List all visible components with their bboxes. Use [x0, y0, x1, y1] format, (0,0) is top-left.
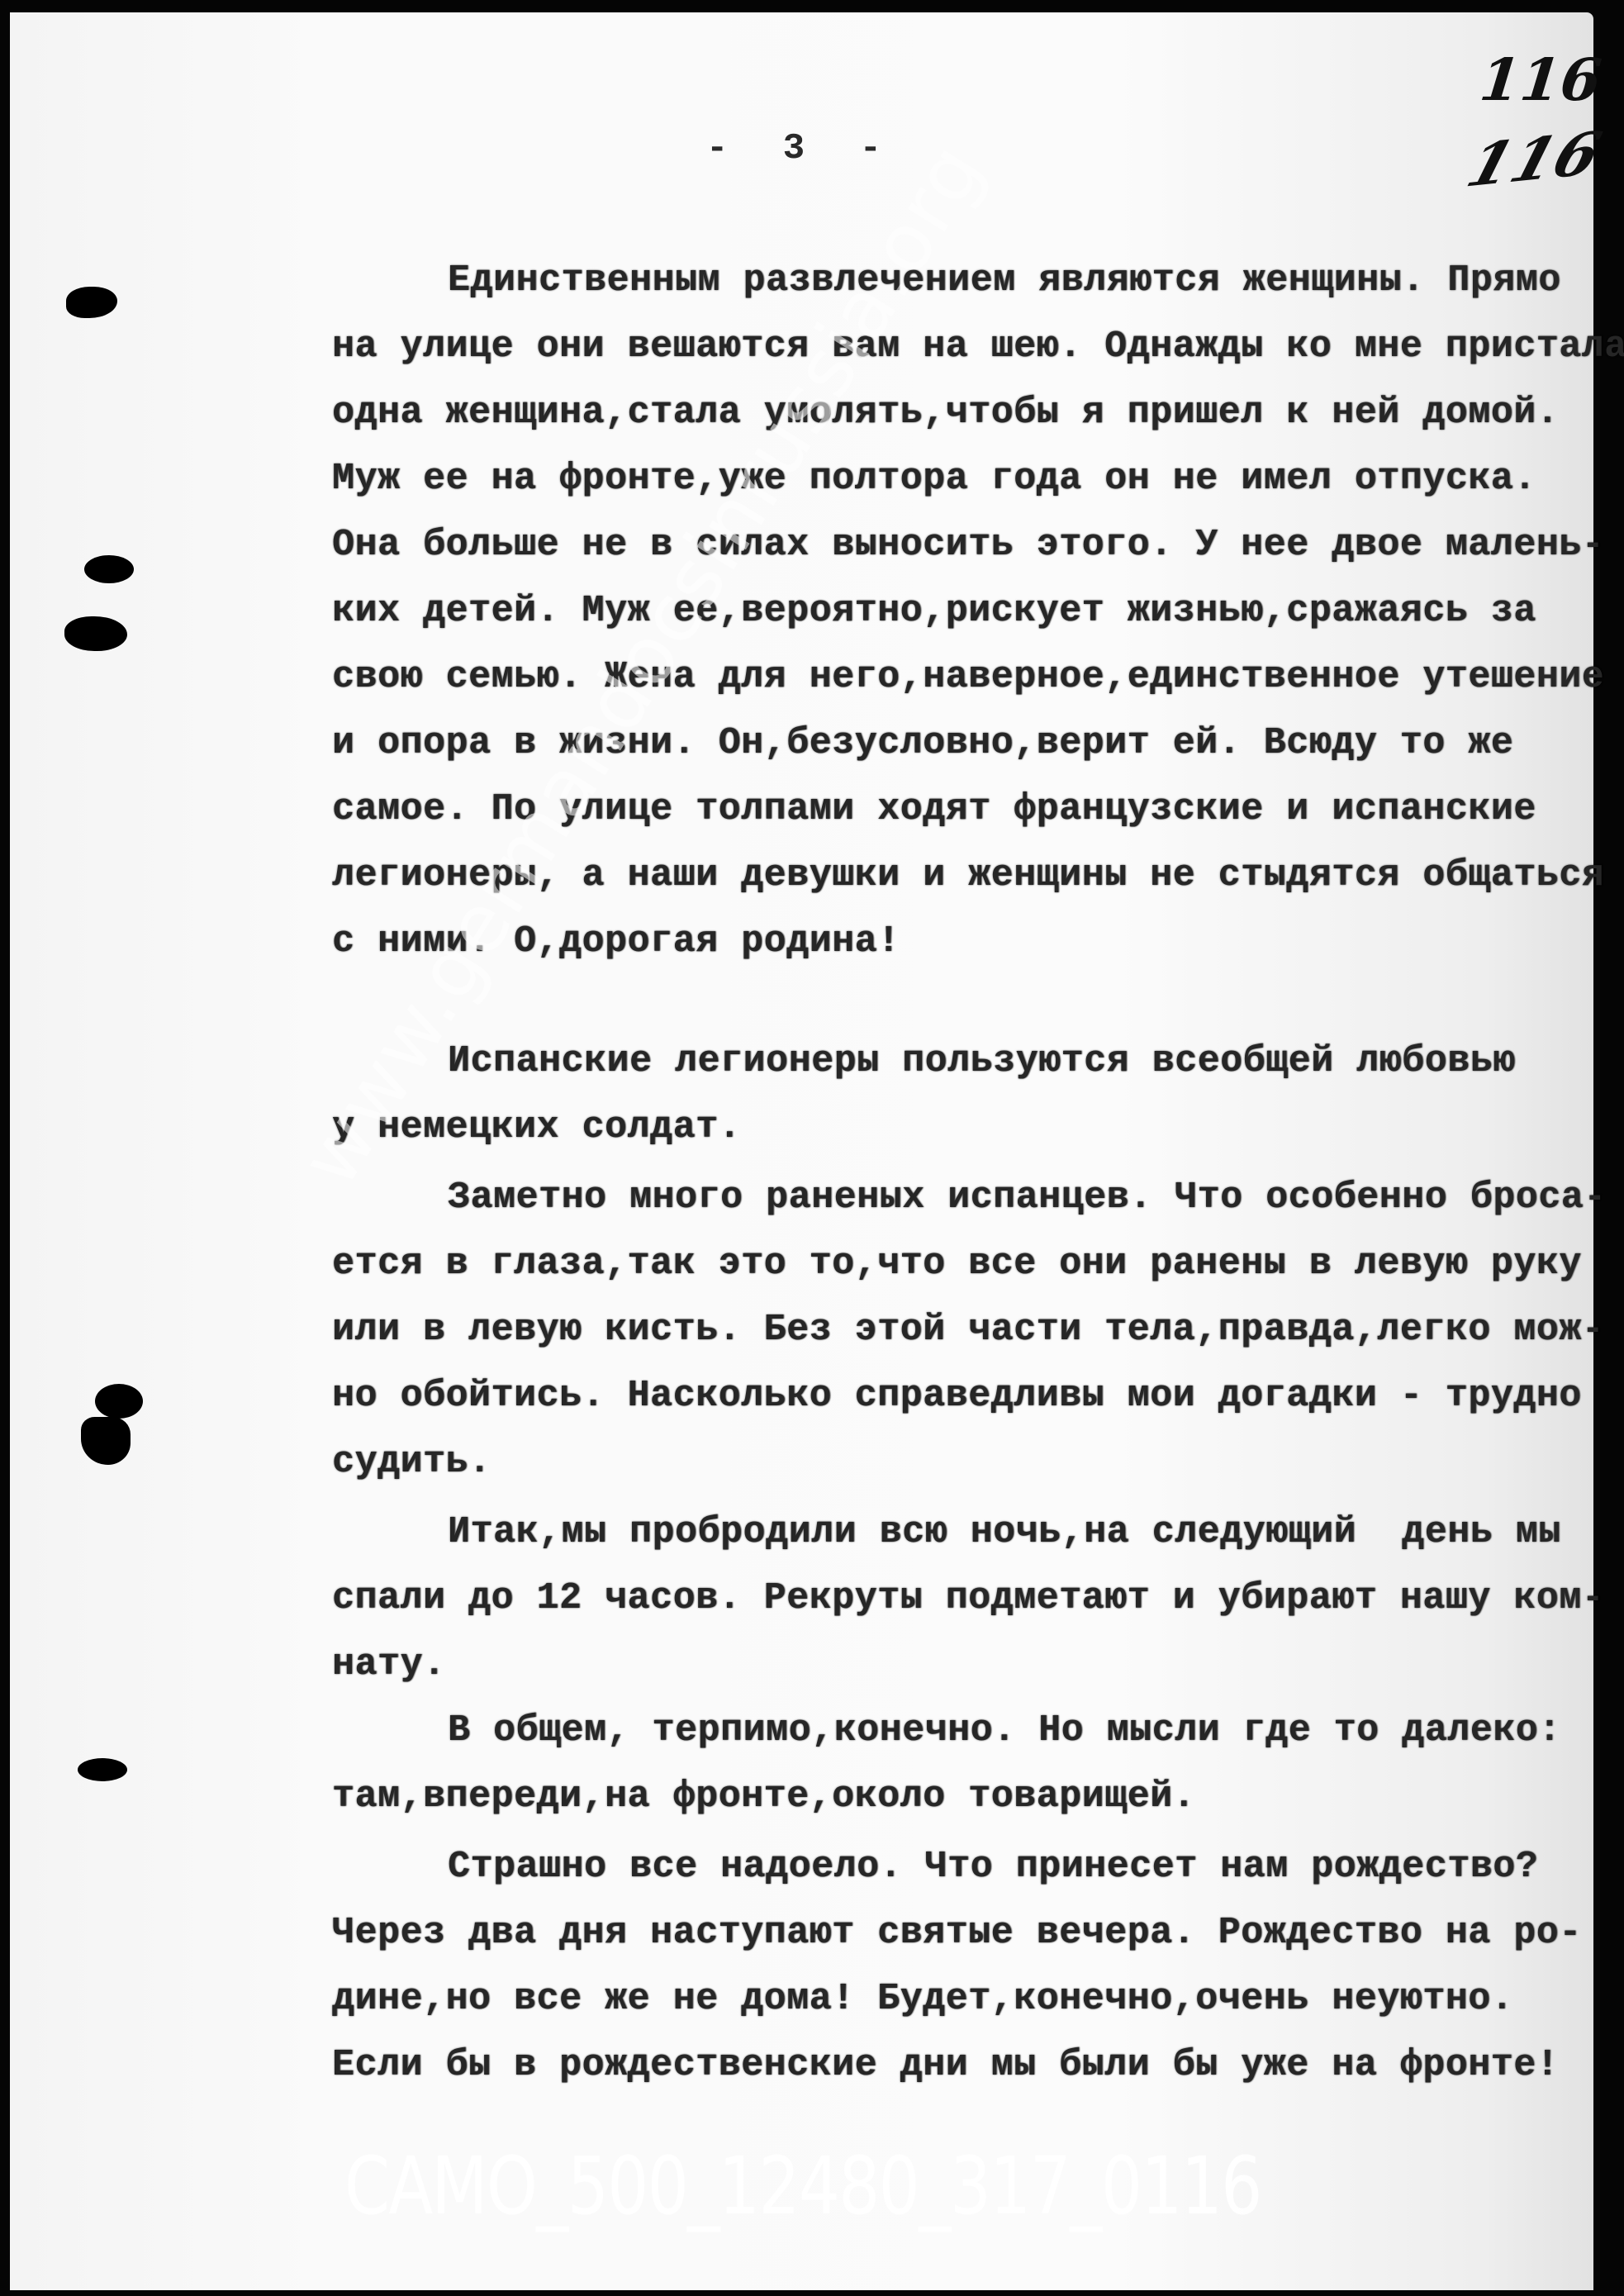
document-page: - 3 - 116 116 Единственным развлечением … [10, 12, 1593, 2290]
punch-hole-icon [84, 555, 134, 583]
text-line: или в левую кисть. Без этой части тела,п… [332, 1301, 1604, 1359]
text-line: ется в глаза,так это то,что все они ране… [332, 1235, 1582, 1293]
text-line: и опора в жизни. Он,безусловно,верит ей.… [332, 715, 1513, 772]
text-line: Испанские легионеры пользуются всеобщей … [448, 1033, 1516, 1091]
text-line: свою семью. Жена для него,наверное,единс… [332, 649, 1604, 706]
text-line: но обойтись. Насколько справедливы мои д… [332, 1367, 1582, 1425]
punch-hole-icon [78, 1758, 127, 1781]
text-line: дине,но все же не дома! Будет,конечно,оч… [332, 1970, 1513, 2028]
punch-hole-icon [66, 287, 117, 318]
text-line: Заметно много раненых испанцев. Что особ… [448, 1169, 1607, 1227]
folio-number-bottom: 116 [1460, 117, 1609, 200]
text-line: Итак,мы пробродили всю ночь,на следующий… [448, 1504, 1561, 1562]
punch-hole-icon [95, 1384, 143, 1419]
text-line: на улице они вешаются вам на шею. Однажд… [332, 318, 1624, 376]
text-line: там,впереди,на фронте,около товарищей. [332, 1768, 1195, 1826]
text-line: ких детей. Муж ее,вероятно,рискует жизнь… [332, 582, 1536, 640]
text-line: спали до 12 часов. Рекруты подметают и у… [332, 1570, 1604, 1628]
punch-hole-icon [81, 1417, 131, 1465]
text-line: Страшно все надоело. Что принесет нам ро… [448, 1838, 1538, 1896]
text-line: одна женщина,стала умолять,чтобы я прише… [332, 384, 1559, 442]
text-line: Через два дня наступают святые вечера. Р… [332, 1904, 1582, 1962]
page-number: - 3 - [706, 128, 898, 169]
text-line: нату. [332, 1636, 446, 1694]
text-line: судить. [332, 1433, 491, 1491]
text-line: Муж ее на фронте,уже полтора года он не … [332, 450, 1536, 508]
text-line: В общем, терпимо,конечно. Но мысли где т… [448, 1702, 1561, 1760]
folio-number-top: 116 [1477, 45, 1605, 114]
punch-hole-icon [64, 616, 127, 651]
text-line: Единственным развлечением являются женщи… [448, 252, 1561, 310]
handwritten-folio-number: 116 116 [1464, 45, 1579, 227]
watermark-archive-id: CAMO_500_12480_317_0116 [344, 2140, 1261, 2232]
text-line: Если бы в рождественские дни мы были бы … [332, 2037, 1559, 2094]
text-line: Она больше не в силах выносить этого. У … [332, 516, 1604, 574]
